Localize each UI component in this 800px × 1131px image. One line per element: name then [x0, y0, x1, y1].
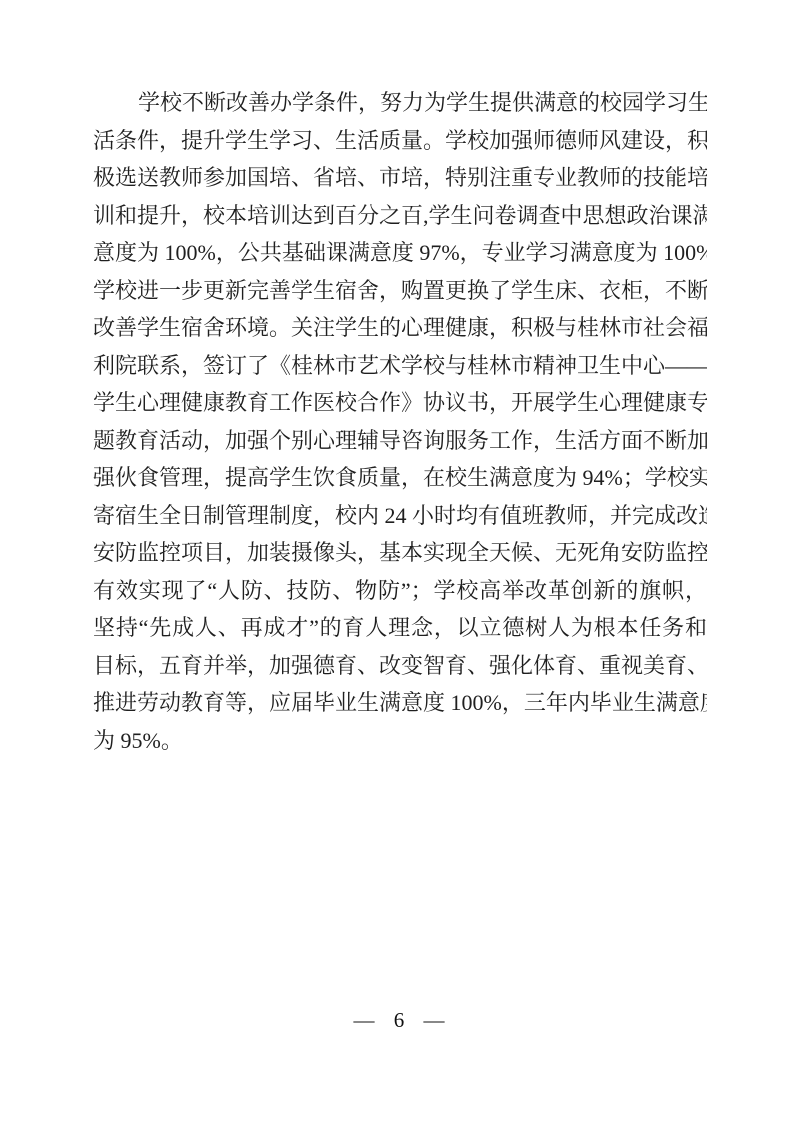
text-line: 题教育活动，加强个别心理辅导咨询服务工作，生活方面不断加 [93, 422, 707, 460]
text-line: 目标，五育并举，加强德育、改变智育、强化体育、重视美育、 [93, 647, 707, 685]
text-line: 意度为 100%，公共基础课满意度 97%，专业学习满意度为 100%； [93, 234, 707, 272]
text-line: 活条件，提升学生学习、生活质量。学校加强师德师风建设，积 [93, 122, 707, 160]
main-paragraph: 学校不断改善办学条件，努力为学生提供满意的校园学习生活条件，提升学生学习、生活质… [93, 84, 707, 759]
text-line: 为 95%。 [93, 722, 707, 760]
text-line: 改善学生宿舍环境。关注学生的心理健康，积极与桂林市社会福 [93, 309, 707, 347]
text-line: 有效实现了“人防、技防、物防”；学校高举改革创新的旗帜， [93, 572, 707, 610]
text-line: 寄宿生全日制管理制度，校内 24 小时均有值班教师，并完成改造 [93, 497, 707, 535]
text-line: 学校不断改善办学条件，努力为学生提供满意的校园学习生 [93, 84, 707, 122]
text-line: 推进劳动教育等，应届毕业生满意度 100%，三年内毕业生满意度 [93, 684, 707, 722]
text-line: 学生心理健康教育工作医校合作》协议书，开展学生心理健康专 [93, 384, 707, 422]
page-number: — 6 — [354, 1008, 447, 1032]
document-page: 学校不断改善办学条件，努力为学生提供满意的校园学习生活条件，提升学生学习、生活质… [0, 0, 800, 1131]
text-line: 强伙食管理，提高学生饮食质量，在校生满意度为 94%；学校实行 [93, 459, 707, 497]
text-line: 安防监控项目，加装摄像头，基本实现全天候、无死角安防监控， [93, 534, 707, 572]
text-line: 利院联系，签订了《桂林市艺术学校与桂林市精神卫生中心—— [93, 347, 707, 385]
text-line: 极选送教师参加国培、省培、市培，特别注重专业教师的技能培 [93, 159, 707, 197]
page-footer: — 6 — [0, 1008, 800, 1033]
text-line: 训和提升，校本培训达到百分之百,学生问卷调查中思想政治课满 [93, 197, 707, 235]
text-line: 坚持“先成人、再成才”的育人理念，以立德树人为根本任务和 [93, 609, 707, 647]
text-line: 学校进一步更新完善学生宿舍，购置更换了学生床、衣柜，不断 [93, 272, 707, 310]
